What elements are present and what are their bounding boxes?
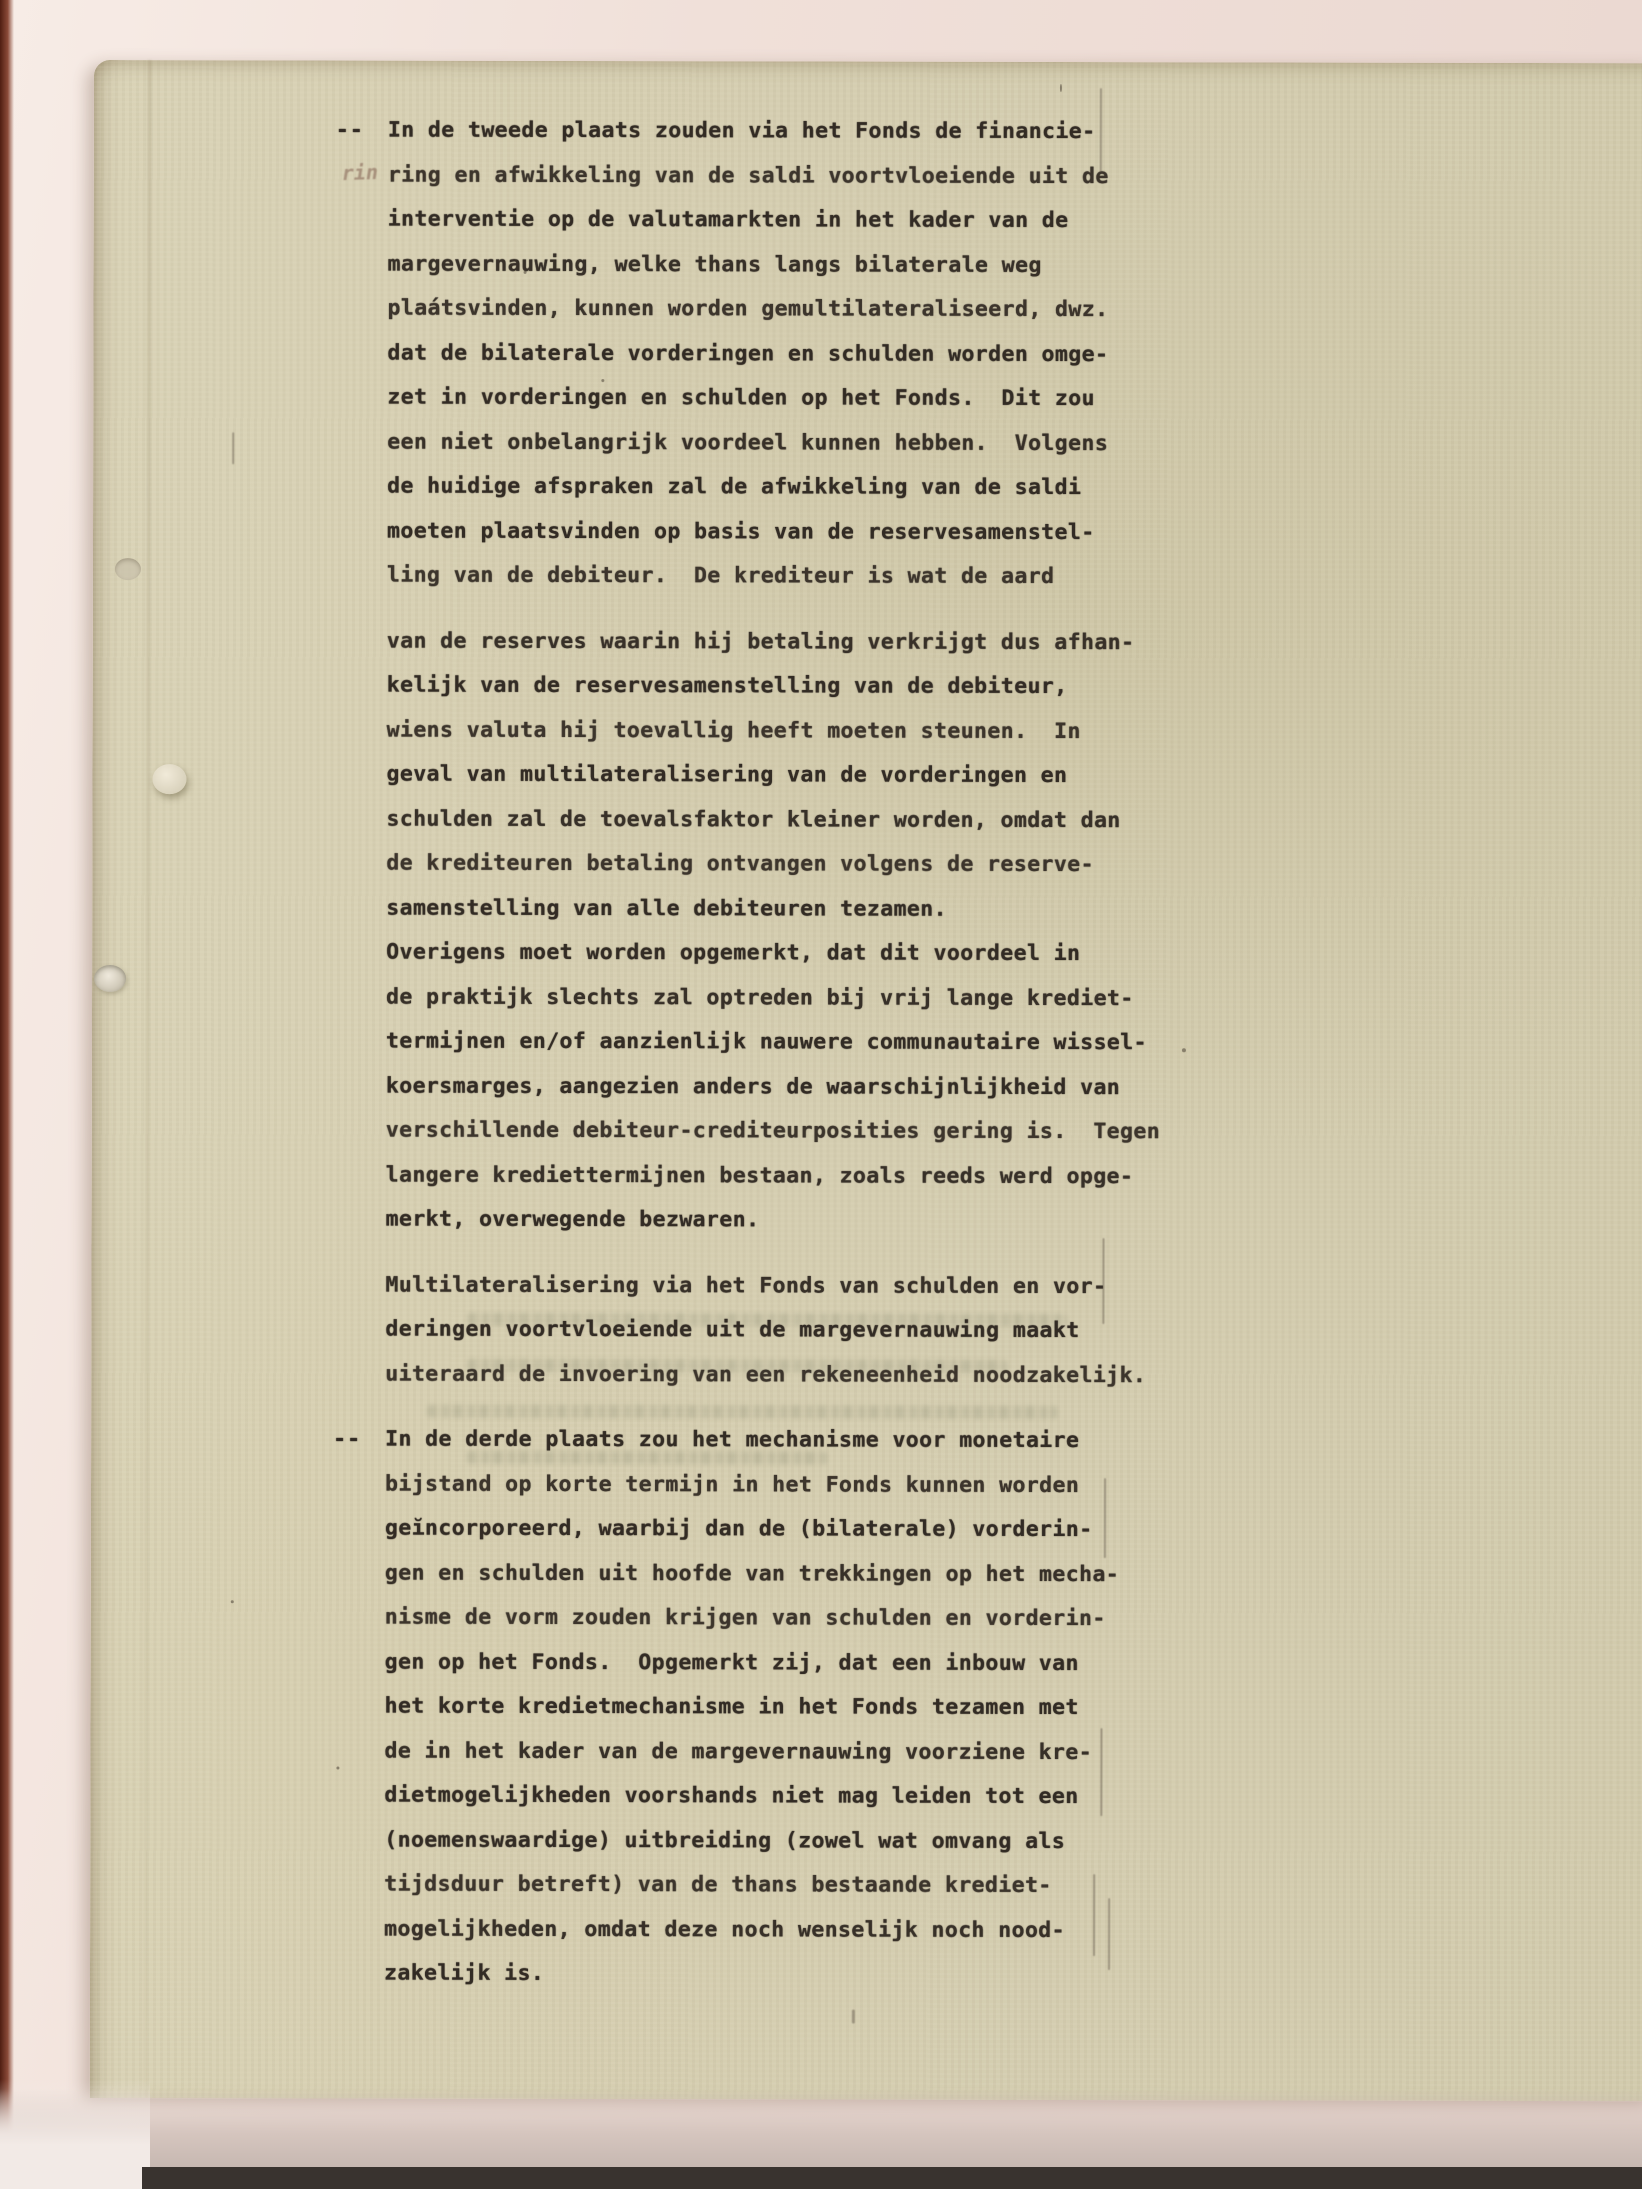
text-line: merkt, overwegende bezwaren. bbox=[386, 1198, 1246, 1244]
pen-margin-mark bbox=[1104, 1478, 1106, 1558]
text-line: In de derde plaats zou het mechanisme vo… bbox=[385, 1418, 1245, 1464]
text-line: In de tweede plaats zouden via het Fonds… bbox=[388, 109, 1248, 155]
text-line: een niet onbelangrijk voordeel kunnen he… bbox=[387, 420, 1247, 466]
paper-speck bbox=[336, 1767, 339, 1770]
text-line: schulden zal de toevalsfaktor kleiner wo… bbox=[386, 797, 1246, 843]
paper-crease bbox=[144, 60, 151, 2098]
text-line: koersmarges, aangezien anders de waarsch… bbox=[386, 1064, 1246, 1110]
margin-ghost-note: rin bbox=[341, 160, 378, 185]
text-line: mogelijkheden, omdat deze noch wenselijk… bbox=[384, 1907, 1244, 1953]
paper-speck bbox=[231, 1600, 234, 1603]
text-line: kelijk van de reservesamenstelling van d… bbox=[387, 664, 1247, 710]
paper-speck bbox=[601, 379, 604, 382]
text-line: geĭncorporeerd, waarbij dan de (bilatera… bbox=[385, 1507, 1245, 1553]
text-line: samenstelling van alle debiteuren tezame… bbox=[386, 886, 1246, 932]
paragraph: van de reserves waarin hij betaling verk… bbox=[386, 619, 1247, 1244]
paper-speck bbox=[1182, 1048, 1186, 1052]
punch-hole-bottom bbox=[94, 965, 126, 992]
text-line: langere krediettermijnen bestaan, zoals … bbox=[386, 1153, 1246, 1199]
text-line: plaátsvinden, kunnen worden gemultilater… bbox=[387, 287, 1247, 333]
text-line: moeten plaatsvinden op basis van de rese… bbox=[387, 509, 1247, 555]
text-line: bijstand op korte termijn in het Fonds k… bbox=[385, 1462, 1245, 1508]
text-line: Overigens moet worden opgemerkt, dat dit… bbox=[386, 931, 1246, 977]
text-line: nisme de vorm zouden krijgen van schulde… bbox=[385, 1596, 1245, 1642]
text-line: tijdsduur betreft) van de thans bestaand… bbox=[384, 1863, 1244, 1909]
text-line: van de reserves waarin hij betaling verk… bbox=[387, 619, 1247, 665]
scan-edge-shadow bbox=[0, 0, 14, 2189]
text-line: uiteraard de invoering van een rekeneenh… bbox=[385, 1352, 1245, 1398]
text-line: margevernauwing, welke thans langs bilat… bbox=[388, 242, 1248, 288]
text-line: interventie op de valutamarkten in het k… bbox=[388, 198, 1248, 244]
text-line: de krediteuren betaling ontvangen volgen… bbox=[386, 842, 1246, 888]
text-line: gen op het Fonds. Opgemerkt zij, dat een… bbox=[385, 1640, 1245, 1686]
text-line: verschillende debiteur-crediteurposities… bbox=[386, 1109, 1246, 1155]
paragraph: --In de tweede plaats zouden via het Fon… bbox=[387, 109, 1248, 600]
text-line: gen en schulden uit hoofde van trekkinge… bbox=[385, 1551, 1245, 1597]
paragraph-dash-marker: -- bbox=[336, 109, 364, 154]
text-line: zakelijk is. bbox=[384, 1952, 1244, 1998]
pen-margin-mark bbox=[232, 432, 234, 464]
text-line: Multilateralisering via het Fonds van sc… bbox=[385, 1263, 1245, 1309]
text-line: (noemenswaardige) uitbreiding (zowel wat… bbox=[384, 1818, 1244, 1864]
text-line: wiens valuta hij toevallig heeft moeten … bbox=[387, 708, 1247, 754]
pen-margin-mark bbox=[1102, 1238, 1104, 1324]
typewritten-text: --In de tweede plaats zouden via het Fon… bbox=[384, 109, 1248, 1998]
text-line: termijnen en/of aanzienlijk nauwere comm… bbox=[386, 1020, 1246, 1066]
paragraph: Multilateralisering via het Fonds van sc… bbox=[385, 1263, 1245, 1398]
paper-speck bbox=[1060, 84, 1062, 92]
paragraph-dash-marker: -- bbox=[333, 1418, 361, 1463]
paper-fastener bbox=[152, 764, 186, 794]
pen-margin-mark bbox=[1093, 1874, 1095, 1956]
paper-speck bbox=[524, 271, 527, 274]
pen-margin-mark bbox=[852, 2010, 855, 2024]
pen-margin-mark bbox=[1100, 1728, 1102, 1816]
scan-corner-highlight bbox=[0, 2079, 150, 2189]
text-line: dat de bilaterale vorderingen en schulde… bbox=[387, 331, 1247, 377]
pen-margin-mark bbox=[1100, 88, 1102, 172]
text-line: het korte kredietmechanisme in het Fonds… bbox=[385, 1685, 1245, 1731]
text-line: deringen voortvloeiende uit de margevern… bbox=[385, 1308, 1245, 1354]
text-line: zet in vorderingen en schulden op het Fo… bbox=[387, 376, 1247, 422]
text-line: ring en afwikkeling van de saldi voortvl… bbox=[388, 153, 1248, 199]
pen-margin-mark bbox=[1108, 1898, 1110, 1970]
text-line: dietmogelijkheden voorshands niet mag le… bbox=[384, 1774, 1244, 1820]
paper-sheet: rin --In de tweede plaats zouden via het… bbox=[90, 60, 1642, 2101]
text-line: de praktijk slechts zal optreden bij vri… bbox=[386, 975, 1246, 1021]
text-line: ling van de debiteur. De krediteur is wa… bbox=[387, 554, 1247, 600]
scan-bottom-dark-bar bbox=[142, 2167, 1642, 2189]
text-line: de huidige afspraken zal de afwikkeling … bbox=[387, 465, 1247, 511]
paragraph: --In de derde plaats zou het mechanisme … bbox=[384, 1418, 1245, 1998]
text-line: de in het kader van de margevernauwing v… bbox=[384, 1729, 1244, 1775]
punch-hole-top bbox=[115, 558, 141, 580]
text-line: geval van multilateralisering van de vor… bbox=[386, 753, 1246, 799]
